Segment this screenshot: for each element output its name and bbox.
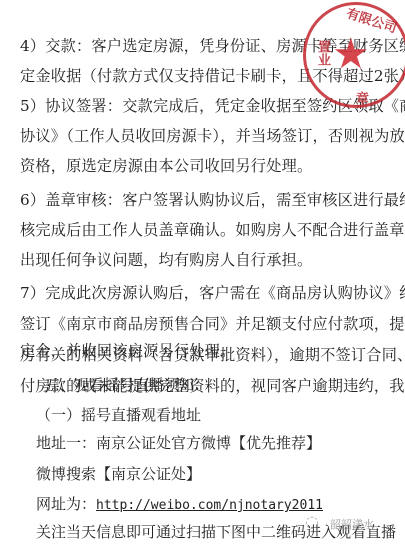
paragraph-line: 核完成后由工作人员盖章确认。如购房人不配合进行盖章确认，后续 [20,220,405,240]
stamp-left-text: 置业 [313,40,332,66]
paragraph-line: 6）盖章审核：客户签署认购协议后，需至审核区进行最终审核，审 [20,190,405,210]
address-one: 地址一：南京公证处官方微博【优先推荐】 [36,433,321,453]
weibo-link[interactable]: http://weibo.com/njnotary2011 [96,498,323,513]
paragraph-line: 7）完成此次房源认购后，客户需在《商品房认购协议》约定的时间 [20,283,405,303]
paragraph-line: 签订《南京市商品房预售合同》并足额支付应付款项，提供所有与购 [20,314,405,334]
url-label: 网址为： [36,495,96,513]
paragraph-line: 定金，并收回该房源另行处理。 [20,341,235,361]
weibo-search: 微博搜索【南京公证处】 [36,464,201,484]
paragraph-line: 资格，原选定房源由本公司收回另行处理。 [20,156,312,176]
watermark-text: 韶韶漾水 [330,516,374,532]
star-icon: ★ [332,33,370,75]
section-heading: 五、观看摇号直播须知： [44,375,209,395]
paragraph-line: 协议》（工作人员收回房源卡），并当场签订，否则视为放弃本次认购 [20,126,405,146]
stamp-bottom-text: 章 [356,88,369,107]
paragraph-line: 出现任何争议问题，均有购房人自行承担。 [20,250,312,270]
wechat-icon: ◌ [305,512,319,531]
url-line: 网址为：http://weibo.com/njnotary2011 [36,494,323,516]
subsection-heading: （一）摇号直播观看地址 [36,405,201,425]
